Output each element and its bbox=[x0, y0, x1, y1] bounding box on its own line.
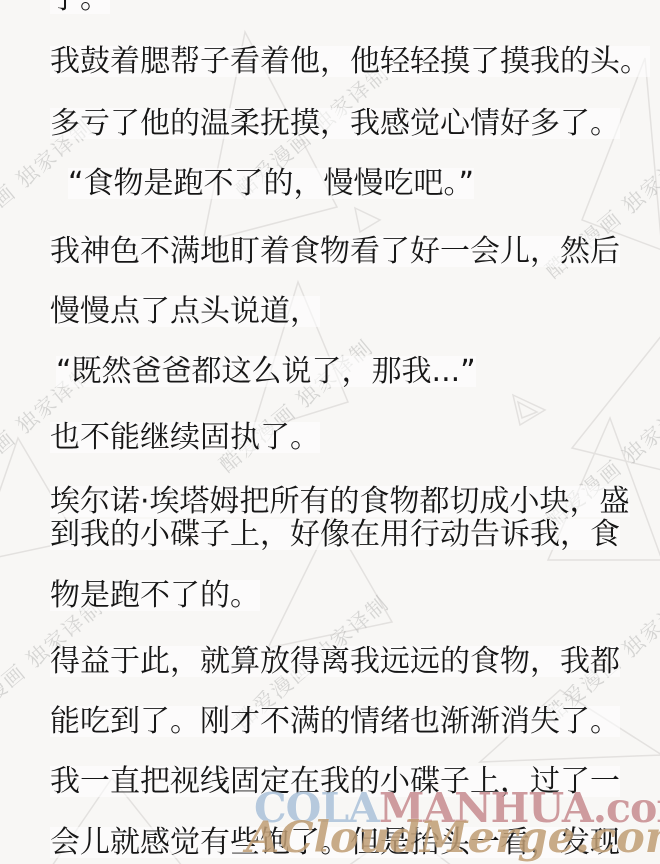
story-line: 慢慢点了点头说道， bbox=[50, 296, 320, 327]
story-line: 也不能继续固执了。 bbox=[50, 422, 320, 453]
story-line: 多亏了他的温柔抚摸，我感觉心情好多了。 bbox=[50, 108, 620, 139]
story-line: 能吃到了。刚才不满的情绪也渐渐消失了。 bbox=[50, 706, 620, 737]
story-line-quote: “食物是跑不了的，慢慢吃吧。” bbox=[68, 168, 474, 199]
story-line: 到我的小碟子上，好像在用行动告诉我，食 bbox=[50, 519, 620, 550]
story-line: 了。 bbox=[50, 0, 110, 14]
story-line: 埃尔诺·埃塔姆把所有的食物都切成小块，盛 bbox=[50, 486, 630, 517]
story-line: 我神色不满地盯着食物看了好一会儿，然后 bbox=[50, 236, 620, 267]
story-line: 得益于此，就算放得离我远远的食物，我都 bbox=[50, 646, 620, 677]
story-line-quote: “既然爸爸都这么说了，那我...” bbox=[56, 356, 476, 387]
acloudmerge-watermark: ACloudMerge.com bbox=[246, 813, 660, 863]
story-line: 物是跑不了的。 bbox=[50, 580, 260, 611]
story-line: 我鼓着腮帮子看着他，他轻轻摸了摸我的头。 bbox=[50, 46, 650, 77]
manhua-text-page: 酷爱漫画 独家译制 酷爱漫画 独家译制 酷爱漫画 独家译制 酷爱漫画 独家译制 … bbox=[0, 0, 660, 864]
